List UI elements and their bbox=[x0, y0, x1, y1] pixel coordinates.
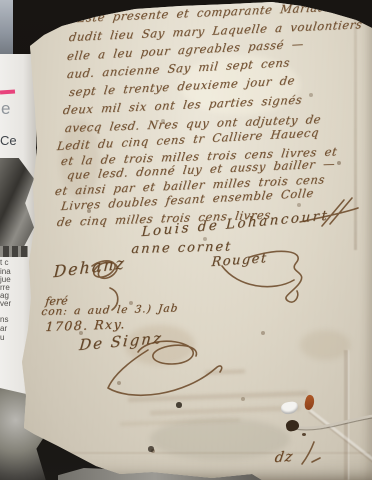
bw-photo-edge-bar bbox=[0, 246, 28, 257]
ink-bleedthrough bbox=[150, 405, 300, 415]
scanned-manuscript-photo: e Ce t c ina jue rre ag ver ns ar u Este… bbox=[0, 0, 372, 480]
printed-text-fragment: t c bbox=[0, 259, 8, 267]
paper-tear-hole bbox=[280, 401, 299, 415]
manuscript-page: Este presente et comparante Mariatoise d… bbox=[0, 0, 372, 480]
fold-crease-vertical bbox=[344, 350, 348, 480]
printed-text-fragment: ns bbox=[0, 316, 8, 324]
ink-bleedthrough bbox=[205, 369, 245, 374]
printed-letter-fragment: e bbox=[1, 99, 10, 119]
signature-rouget: Rouget bbox=[211, 251, 268, 270]
corner-ink-mark: dz bbox=[274, 449, 295, 466]
paper-stain bbox=[300, 330, 350, 360]
wax-seal-dot bbox=[302, 433, 306, 436]
signature-dehanz: Dehanz bbox=[53, 253, 126, 281]
wax-seal-dark-remnant bbox=[285, 419, 300, 432]
printed-text-fragment: u bbox=[0, 334, 4, 342]
fold-crease-vertical bbox=[354, 18, 357, 250]
registration-date: 1708. Rxy. bbox=[45, 316, 127, 334]
printed-text-fragment: ar bbox=[0, 325, 7, 333]
fold-crease-diagonal bbox=[309, 409, 372, 470]
printed-word-fragment: Ce bbox=[0, 133, 17, 148]
printed-text-fragment: ver bbox=[0, 300, 11, 308]
rouget-paraph-swash bbox=[222, 266, 294, 287]
fold-crease-horizontal bbox=[40, 452, 370, 454]
background-grey-strip bbox=[0, 0, 13, 62]
ink-bleedthrough bbox=[128, 391, 308, 402]
wax-seal-remnant bbox=[303, 394, 315, 411]
registration-line: con: a aud le 3.) Jab bbox=[41, 302, 179, 318]
